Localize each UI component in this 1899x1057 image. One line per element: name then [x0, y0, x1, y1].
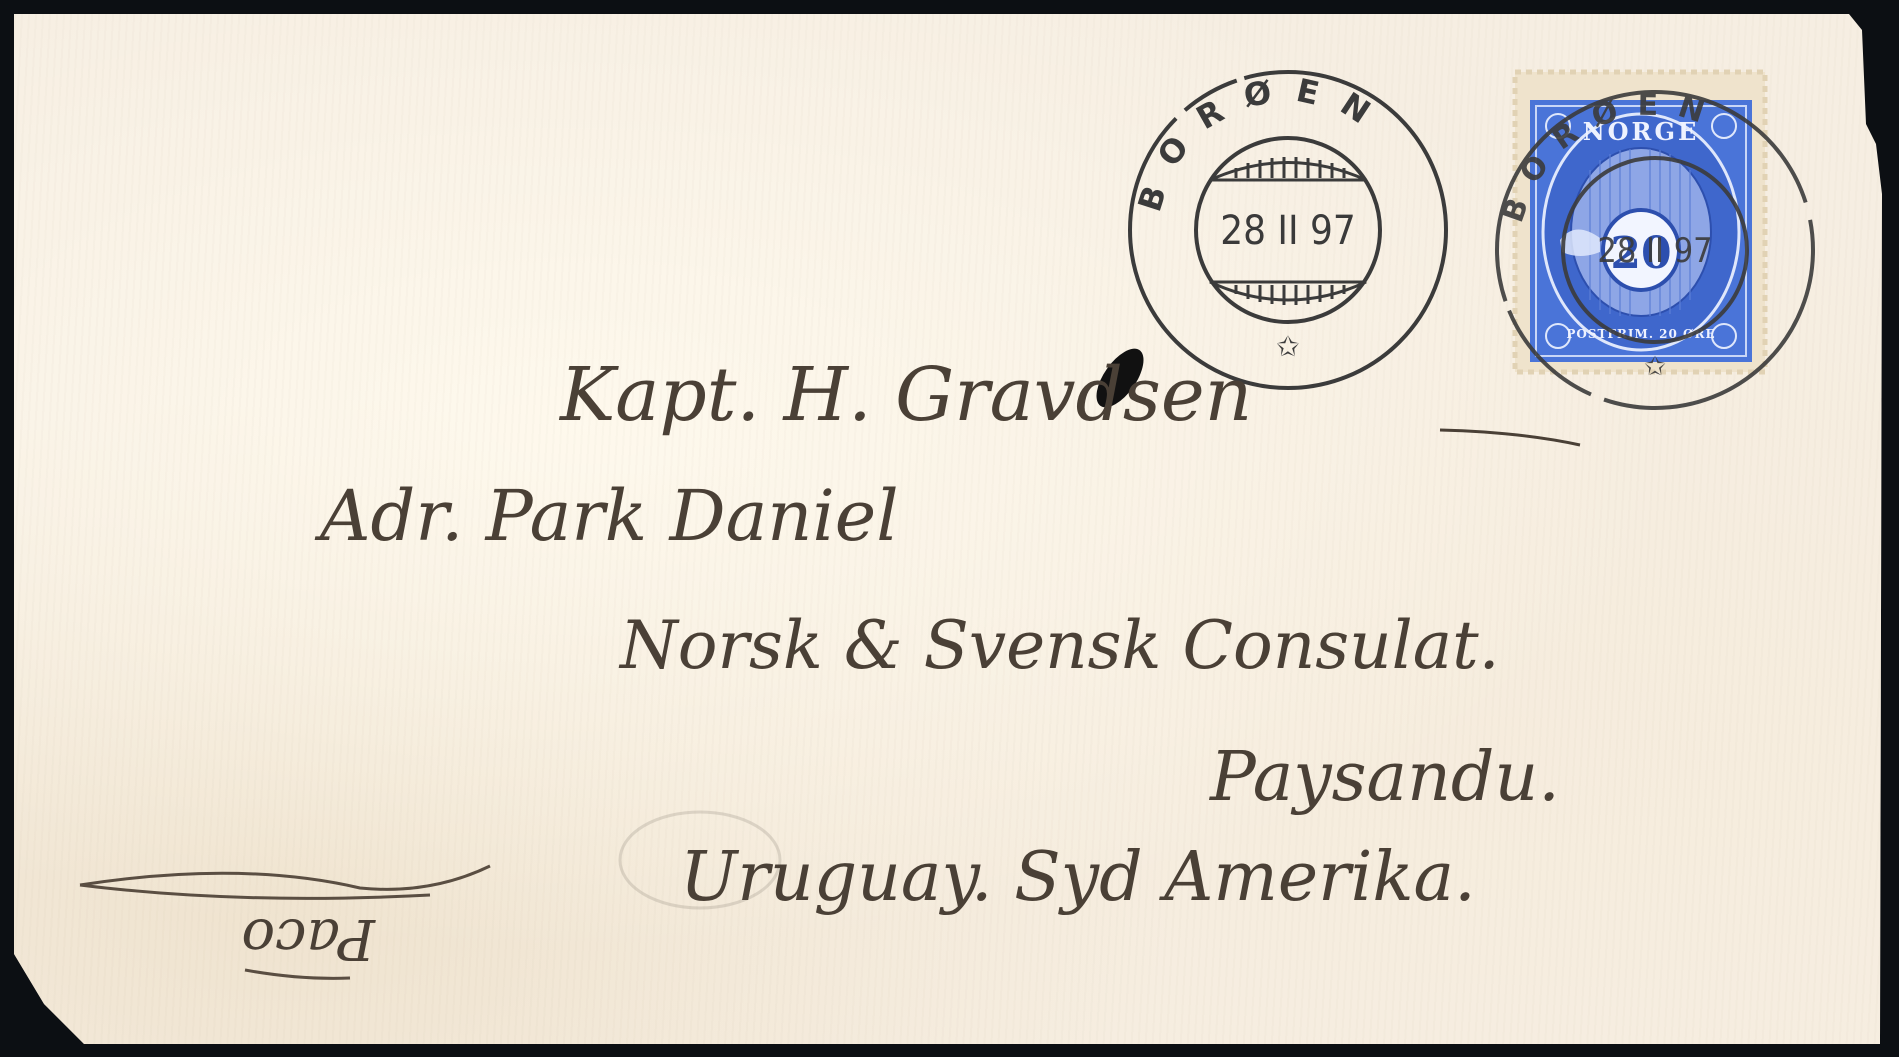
routing-note: Paco	[80, 866, 490, 978]
star-icon: ✩	[1276, 330, 1299, 363]
postmark-main: BORØEN 28 II 97 ✩	[1130, 70, 1446, 388]
address-line-1: Kapt. H. Gravdsen	[558, 352, 1252, 438]
cover-overlay: 20 NORGE POSTFRIM. 20 ØRE BORØEN 28 II 9…	[0, 0, 1899, 1057]
address-line-3: Norsk & Svensk Consulat.	[618, 607, 1500, 684]
routing-note-text: Paco	[241, 906, 376, 971]
address-line-5: Uruguay. Syd Amerika.	[680, 838, 1476, 917]
postmark-on-stamp-date: 28 II 97	[1597, 231, 1712, 271]
address-line-2: Adr. Park Daniel	[314, 475, 899, 557]
postmark-date: 28 II 97	[1220, 208, 1356, 254]
handwritten-address: Kapt. H. Gravdsen Adr. Park Daniel Norsk…	[314, 352, 1580, 917]
star-icon: ✩	[1644, 352, 1666, 382]
address-line-4: Paysandu.	[1208, 738, 1560, 817]
